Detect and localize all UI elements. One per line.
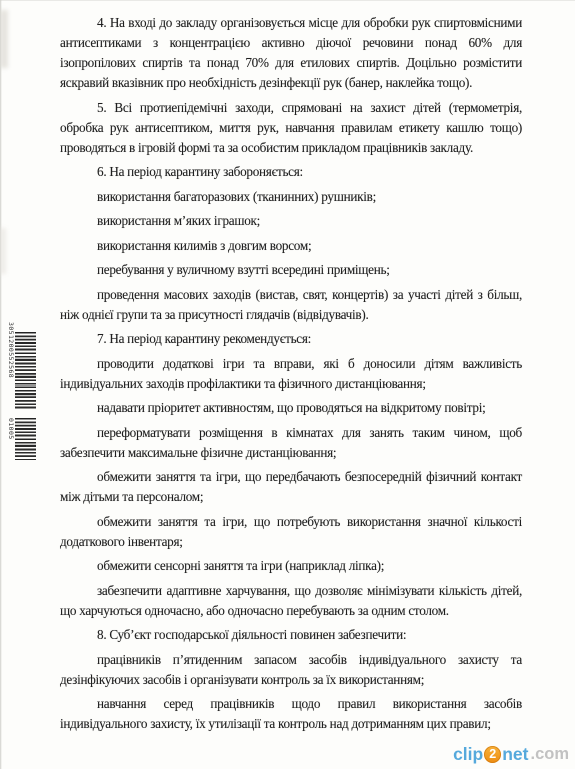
scan-edge-left [0,0,2,769]
recommended-item-7: забезпечити адаптивне харчування, що доз… [60,581,522,621]
document-page: 3051200552568 01005 4. На вході до закла… [0,0,575,769]
prohibited-item-1: використання багаторазових (тканинних) р… [60,187,522,207]
heading-6: 6. На період карантину забороняється: [60,162,522,182]
prohibited-item-4: перебування у вуличному взутті всередині… [60,260,522,280]
ensure-item-1: працівників п’ятиденним запасом засобів … [60,650,522,690]
barcode-bars-addon [15,418,36,460]
document-content: 4. На вході до закладу організовується м… [60,13,522,739]
heading-8: 8. Суб’єкт господарської діяльності пови… [60,625,522,645]
scan-smudge [0,228,6,274]
recommended-item-2: надавати пріоритет активностям, що прово… [60,398,522,418]
clip2net-watermark: clip 2 net .com [453,744,569,765]
barcode-number-main: 3051200552568 [7,322,15,412]
barcode-number-addon: 01005 [7,418,15,460]
barcode-bars-main [15,332,36,410]
clip2net-text-net: net [502,744,528,765]
recommended-item-1: проводити додаткові ігри та вправи, які … [60,354,522,394]
recommended-item-5: обмежити заняття та ігри, що потребують … [60,512,522,552]
recommended-item-3: переформатувати розміщення в кімнатах дл… [60,423,522,463]
clip2net-circle-2-icon: 2 [484,746,501,763]
prohibited-item-2: використання м’яких іграшок; [60,211,522,231]
recommended-item-6: обмежити сенсорні заняття та ігри (напри… [60,556,522,576]
heading-7: 7. На період карантину рекомендується: [60,329,522,349]
clip2net-text-com: .com [530,745,569,764]
prohibited-item-5: проведення масових заходів (вистав, свят… [60,285,522,325]
paragraph-5: 5. Всі протиепідемічні заходи, спрямован… [60,98,522,158]
barcode: 3051200552568 01005 [7,322,37,464]
scan-smudge [0,10,8,68]
prohibited-item-3: використання килимів з довгим ворсом; [60,236,522,256]
scan-edge-top [0,0,575,1]
clip2net-text-clip: clip [453,744,483,765]
paragraph-4: 4. На вході до закладу організовується м… [60,13,522,93]
recommended-item-4: обмежити заняття та ігри, що передбачают… [60,467,522,507]
ensure-item-2: навчання серед працівників щодо правил в… [60,694,522,734]
